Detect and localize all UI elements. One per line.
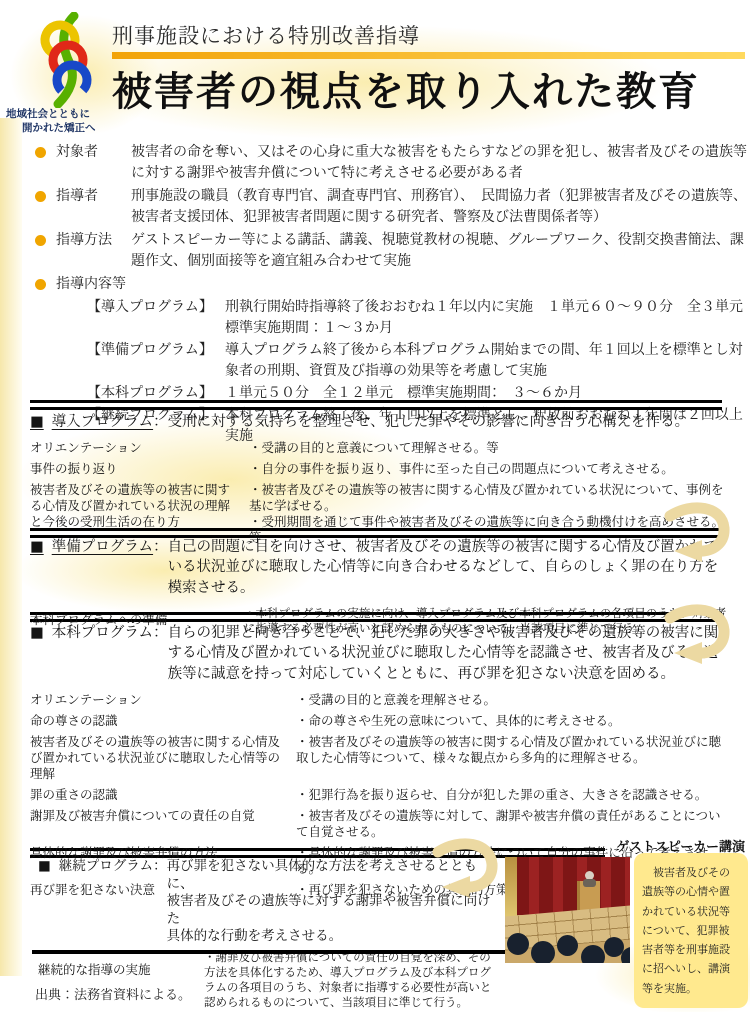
program-summary-text: 導入プログラム終了後から本科プログラム開始までの間、年１回以上を標準とし対象者の… xyxy=(225,340,747,382)
square-marker-icon: ■ xyxy=(30,414,52,430)
bullet-icon xyxy=(35,147,46,158)
bullet-icon xyxy=(35,235,46,246)
table-row: 事件の振り返り ・自分の事件を振り返り、事件に至った自己の問題点について考えさせ… xyxy=(30,461,730,477)
photo-note: 被害者及びその遺族等の心情や置かれている状況等について、犯罪被害者等を刑事施設に… xyxy=(634,853,748,1008)
row-item: 罪の重さの認識 xyxy=(30,787,296,803)
item-label: 指導方法 xyxy=(56,230,131,272)
row-item: オリエンテーション xyxy=(30,440,249,456)
title-underline-bar xyxy=(112,52,745,59)
section-header: ■導入プログラム ： 受刑に対する気持ちを整理させ、犯した罪やその影響に向き合う… xyxy=(30,412,730,432)
section-colon: ： xyxy=(153,623,168,643)
audience-head xyxy=(531,941,555,963)
row-detail: ・命の尊さや生死の意味について、具体的に考えさせる。 xyxy=(296,713,730,729)
section-colon: ： xyxy=(153,537,168,557)
program-summary-row: 【準備プログラム】 導入プログラム終了後から本科プログラム開始までの間、年１回以… xyxy=(87,340,747,382)
row-item: オリエンテーション xyxy=(30,692,296,708)
item-text: 刑事施設の職員（教育専門官、調査専門官、刑務官）、 民間協力者（犯罪被害者及びそ… xyxy=(131,186,747,228)
section-colon: ： xyxy=(153,858,167,876)
section-title: ■本科プログラム xyxy=(30,623,153,643)
section-header: ■継続プログラム ： 再び罪を犯さない具体的な方法を考えさせるとともに、 被害者… xyxy=(38,858,500,946)
square-marker-icon: ■ xyxy=(30,539,52,555)
table-row: 命の尊さの認識 ・命の尊さや生死の意味について、具体的に考えさせる。 xyxy=(30,713,730,729)
row-detail: ・受講の目的と意義について理解させる。等 xyxy=(249,440,730,456)
program-summary-name: 【準備プログラム】 xyxy=(87,340,225,382)
row-detail: ・謝罪及び被害弁償についての責任の自覚を深め、その方法を具体化するため、導入プロ… xyxy=(204,950,500,1010)
doc-subtitle: 刑事施設における特別改善指導 xyxy=(112,20,420,50)
section-desc: 受刑に対する気持ちを整理させ、犯した罪やその影響に向き合う心構えを作る。 xyxy=(168,412,730,432)
section-title: ■準備プログラム xyxy=(30,537,153,557)
square-marker-icon: ■ xyxy=(38,858,59,874)
item-label: 対象者 xyxy=(56,142,131,184)
row-item: 被害者及びその遺族等の被害に関する心情及び置かれている状況並びに聴取した心情等の… xyxy=(30,734,296,782)
table-row: オリエンテーション ・受講の目的と意義を理解させる。 xyxy=(30,692,730,708)
row-detail: ・受講の目的と意義を理解させる。 xyxy=(296,692,730,708)
page-title: 被害者の視点を取り入れた教育 xyxy=(112,60,700,117)
row-detail: ・被害者及びその遺族等の被害に関する心情及び置かれている状況並びに聴取した心情等… xyxy=(296,734,730,782)
row-detail: ・犯罪行為を振り返らせ、自分が犯した罪の重さ、大きさを認識させる。 xyxy=(296,787,730,803)
overview-item-target: 対象者 被害者の命を奪い、又はその心身に重大な被害をもたらすなどの罪を犯し、被害… xyxy=(35,142,747,184)
section-desc: 再び罪を犯さない具体的な方法を考えさせるとともに、 被害者及びその遺族等に対する… xyxy=(167,858,500,946)
row-item: 命の尊さの認識 xyxy=(30,713,296,729)
section-title: ■導入プログラム xyxy=(30,412,153,432)
square-marker-icon: ■ xyxy=(30,625,52,641)
logo-caption-line1: 地域社会とともに xyxy=(6,108,90,120)
flow-arrow-icon xyxy=(662,602,734,664)
bullet-icon xyxy=(35,191,46,202)
program-table: オリエンテーション ・受講の目的と意義について理解させる。等 事件の振り返り ・… xyxy=(30,440,730,546)
bottom-rule xyxy=(32,950,510,954)
table-row: 罪の重さの認識 ・犯罪行為を振り返らせ、自分が犯した罪の重さ、大きさを認識させる… xyxy=(30,787,730,803)
item-label: 指導者 xyxy=(56,186,131,228)
source-note: 出典：法務省資料による。 xyxy=(35,984,191,1003)
section-header: ■本科プログラム ： 自らの犯罪と向き合うことで、犯した罪の大きさや被害者及びそ… xyxy=(30,623,730,684)
section-title: ■継続プログラム xyxy=(38,858,153,876)
item-text: 被害者の命を奪い、又はその心身に重大な被害をもたらすなどの罪を犯し、被害者及びそ… xyxy=(131,142,747,184)
item-label: 指導内容等 xyxy=(56,274,131,295)
logo-caption: 地域社会とともに 開かれた矯正へ xyxy=(6,108,126,135)
lecture-photo xyxy=(505,857,630,963)
overview-item-contents: 指導内容等 xyxy=(35,274,747,295)
overview-item-method: 指導方法 ゲストスピーカー等による講話、講義、視聴覚教材の視聴、グループワーク、… xyxy=(35,230,747,272)
flow-arrow-icon xyxy=(662,500,734,562)
table-row: 被害者及びその遺族等の被害に関する心情及び置かれている状況並びに聴取した心情等の… xyxy=(30,734,730,782)
overview-item-instructor: 指導者 刑事施設の職員（教育専門官、調査専門官、刑務官）、 民間協力者（犯罪被害… xyxy=(35,186,747,228)
logo-caption-line2: 開かれた矯正へ xyxy=(6,122,126,136)
section-header: ■準備プログラム ： 自己の問題に目を向けさせ、被害者及びその遺族等の被害に関す… xyxy=(30,537,730,598)
double-rule xyxy=(30,400,722,410)
bullet-icon xyxy=(35,279,46,290)
row-detail: ・自分の事件を振り返り、事件に至った自己の問題点について考えさせる。 xyxy=(249,461,730,477)
program-summary-text: 刑執行開始時指導終了後おおむね１年以内に実施 １単元６０～９０分 全３単元 標準… xyxy=(225,297,747,339)
section-desc: 自己の問題に目を向けさせ、被害者及びその遺族等の被害に関する心情及び置かれている… xyxy=(168,537,730,598)
audience-head xyxy=(557,935,578,956)
document-page: 地域社会とともに 開かれた矯正へ 刑事施設における特別改善指導 被害者の視点を取… xyxy=(0,0,750,1012)
program-summary-row: 【導入プログラム】 刑執行開始時指導終了後おおむね１年以内に実施 １単元６０～９… xyxy=(87,297,747,339)
left-accent-strip xyxy=(0,118,22,976)
program-summary-name: 【導入プログラム】 xyxy=(87,297,225,339)
section-intro-program: ■導入プログラム ： 受刑に対する気持ちを整理させ、犯した罪やその影響に向き合う… xyxy=(30,412,730,551)
photo-speaker-body xyxy=(583,879,596,887)
audience-head xyxy=(581,945,605,963)
correction-bureau-logo-icon xyxy=(30,12,102,108)
table-row: オリエンテーション ・受講の目的と意義について理解させる。等 xyxy=(30,440,730,456)
item-text: ゲストスピーカー等による講話、講義、視聴覚教材の視聴、グループワーク、役割交換書… xyxy=(131,230,747,272)
audience-head xyxy=(507,933,529,955)
row-item: 事件の振り返り xyxy=(30,461,249,477)
row-item: 謝罪及び被害弁償についての責任の自覚 xyxy=(30,808,296,840)
section-desc: 自らの犯罪と向き合うことで、犯した罪の大きさや被害者及びその遺族等の被害に関する… xyxy=(168,623,730,684)
section-colon: ： xyxy=(153,412,168,432)
